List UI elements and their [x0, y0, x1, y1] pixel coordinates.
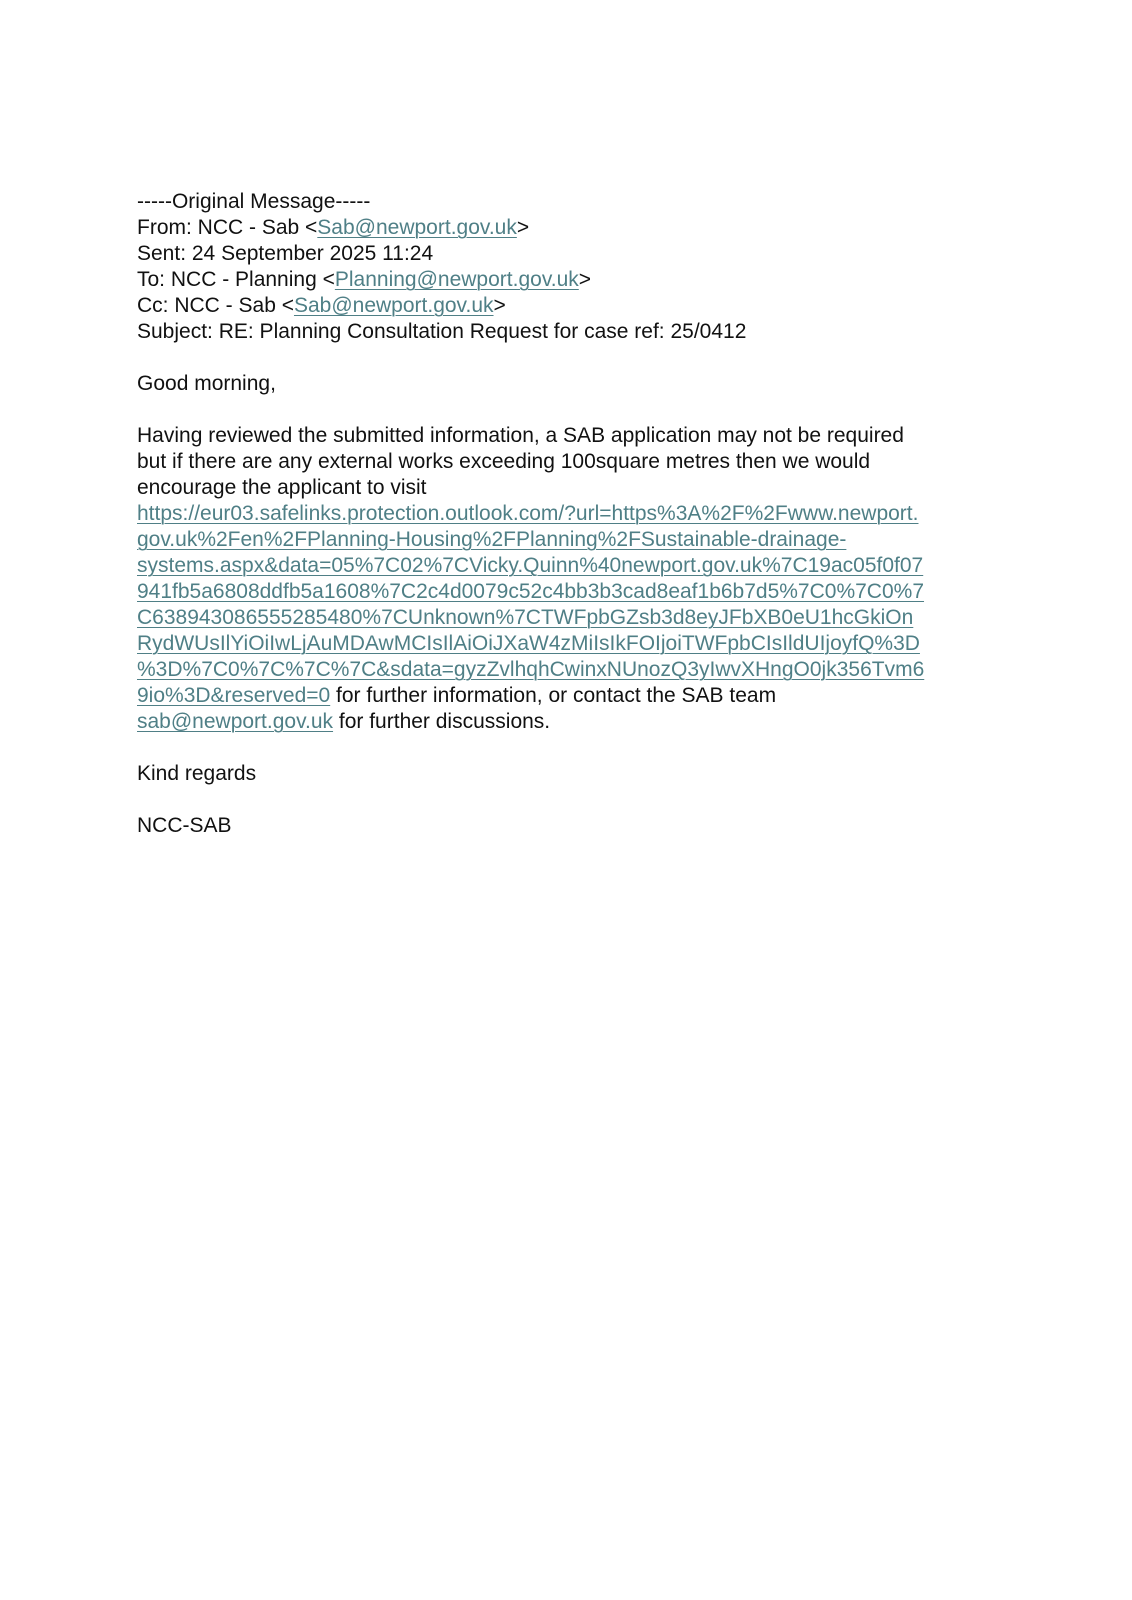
safelinks-url-link[interactable]: RydWUsIlYiOiIwLjAuMDAwMCIsIlAiOiJXaW4zMi… [137, 632, 920, 655]
spacer [137, 397, 1017, 423]
body-paragraph-line: but if there are any external works exce… [137, 449, 1017, 475]
contact-line: sab@newport.gov.uk for further discussio… [137, 709, 1017, 735]
sent-value: 24 September 2025 11:24 [192, 242, 433, 265]
cc-label: Cc: [137, 294, 174, 317]
safelinks-url-link[interactable]: systems.aspx&data=05%7C02%7CVicky.Quinn%… [137, 554, 923, 577]
safelinks-url-line: %3D%7C0%7C%7C%7C&sdata=gyzZvlhqhCwinxNUn… [137, 657, 1017, 683]
greeting: Good morning, [137, 371, 1017, 397]
from-name: NCC - Sab < [198, 216, 318, 239]
body-paragraph-line: Having reviewed the submitted informatio… [137, 423, 1017, 449]
after-url-text: for further information, or contact the … [330, 684, 776, 707]
subject-line: Subject: RE: Planning Consultation Reque… [137, 319, 1017, 345]
safelinks-url-line: 9io%3D&reserved=0 for further informatio… [137, 683, 1017, 709]
cc-line: Cc: NCC - Sab <Sab@newport.gov.uk> [137, 293, 1017, 319]
safelinks-url-line: RydWUsIlYiOiIwLjAuMDAwMCIsIlAiOiJXaW4zMi… [137, 631, 1017, 657]
email-document: -----Original Message----- From: NCC - S… [137, 189, 1017, 839]
cc-email-link[interactable]: Sab@newport.gov.uk [294, 294, 494, 317]
safelinks-url-link[interactable]: %3D%7C0%7C%7C%7C&sdata=gyzZvlhqhCwinxNUn… [137, 658, 924, 681]
to-name: NCC - Planning < [171, 268, 335, 291]
spacer [137, 787, 1017, 813]
original-message-separator: -----Original Message----- [137, 189, 1017, 215]
safelinks-url-link[interactable]: 9io%3D&reserved=0 [137, 684, 330, 707]
safelinks-url-line: systems.aspx&data=05%7C02%7CVicky.Quinn%… [137, 553, 1017, 579]
safelinks-url-line: https://eur03.safelinks.protection.outlo… [137, 501, 1017, 527]
cc-name: NCC - Sab < [174, 294, 294, 317]
signature: NCC-SAB [137, 813, 1017, 839]
safelinks-url-line: gov.uk%2Fen%2FPlanning-Housing%2FPlannin… [137, 527, 1017, 553]
sab-contact-email-link[interactable]: sab@newport.gov.uk [137, 710, 333, 733]
sent-line: Sent: 24 September 2025 11:24 [137, 241, 1017, 267]
spacer [137, 735, 1017, 761]
safelinks-url-link[interactable]: C638943086555285480%7CUnknown%7CTWFpbGZs… [137, 606, 913, 629]
safelinks-url-line: 941fb5a6808ddfb5a1608%7C2c4d0079c52c4bb3… [137, 579, 1017, 605]
safelinks-url-link[interactable]: https://eur03.safelinks.protection.outlo… [137, 502, 918, 525]
signoff: Kind regards [137, 761, 1017, 787]
to-email-link[interactable]: Planning@newport.gov.uk [335, 268, 579, 291]
to-label: To: [137, 268, 171, 291]
from-line: From: NCC - Sab <Sab@newport.gov.uk> [137, 215, 1017, 241]
cc-close-bracket: > [494, 294, 506, 317]
spacer [137, 345, 1017, 371]
from-close-bracket: > [517, 216, 529, 239]
safelinks-url-line: C638943086555285480%7CUnknown%7CTWFpbGZs… [137, 605, 1017, 631]
to-line: To: NCC - Planning <Planning@newport.gov… [137, 267, 1017, 293]
after-email-text: for further discussions. [333, 710, 550, 733]
safelinks-url-link[interactable]: gov.uk%2Fen%2FPlanning-Housing%2FPlannin… [137, 528, 846, 551]
subject-label: Subject: [137, 320, 219, 343]
sent-label: Sent: [137, 242, 192, 265]
to-close-bracket: > [579, 268, 591, 291]
body-paragraph-line: encourage the applicant to visit [137, 475, 1017, 501]
from-label: From: [137, 216, 198, 239]
from-email-link[interactable]: Sab@newport.gov.uk [317, 216, 517, 239]
subject-value: RE: Planning Consultation Request for ca… [219, 320, 747, 343]
safelinks-url-link[interactable]: 941fb5a6808ddfb5a1608%7C2c4d0079c52c4bb3… [137, 580, 924, 603]
